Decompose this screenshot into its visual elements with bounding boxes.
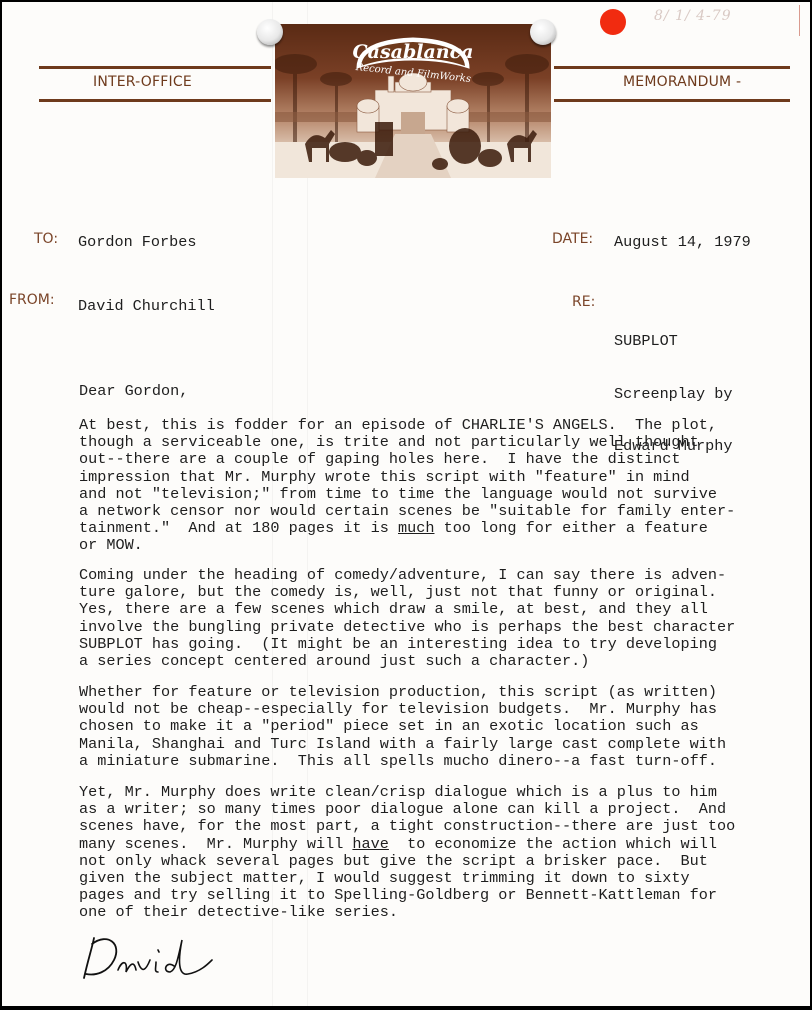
letterhead-rule-right-bottom (554, 99, 790, 102)
memorandum-label: MEMORANDUM - (623, 74, 741, 90)
text-line: Coming under the heading of comedy/adven… (79, 567, 804, 584)
text-line: a miniature submarine. This all spells m… (79, 753, 804, 770)
text-line: or MOW. (79, 537, 804, 554)
text-line: Yet, Mr. Murphy does write clean/crisp d… (79, 784, 804, 801)
memo-page: INTER-OFFICE MEMORANDUM - (2, 2, 810, 1006)
paragraph-2: Coming under the heading of comedy/adven… (79, 567, 804, 670)
text-line: though a serviceable one, is trite and n… (79, 434, 804, 451)
to-label: TO: (34, 231, 58, 247)
text-line: and not "television;" from time to time … (79, 486, 804, 503)
letterhead-rule-right-top (554, 66, 790, 69)
red-sticker-dot-icon (600, 9, 626, 35)
text-line: impression that Mr. Murphy wrote this sc… (79, 469, 804, 486)
text-line: Yes, there are a few scenes which draw a… (79, 601, 804, 618)
text-line: chosen to make it a "period" piece set i… (79, 718, 804, 735)
edge-mark (799, 5, 800, 36)
svg-text:Casablanca: Casablanca (353, 41, 474, 63)
text-line: as a writer; so many times poor dialogue… (79, 801, 804, 818)
underlined-word: have (352, 835, 388, 853)
text-line: pages and try selling it to Spelling-Gol… (79, 887, 804, 904)
text-line: Whether for feature or television produc… (79, 684, 804, 701)
text-line: At best, this is fodder for an episode o… (79, 417, 804, 434)
pushpin-right-icon (530, 19, 556, 45)
text-line: a series concept centered around just su… (79, 653, 804, 670)
paragraph-3: Whether for feature or television produc… (79, 684, 804, 770)
from-value: David Churchill (78, 298, 215, 316)
signature-david-icon (78, 930, 218, 985)
letterhead-rule-left-top (39, 66, 271, 69)
inter-office-label: INTER-OFFICE (93, 74, 192, 90)
text-line: a network censor nor would certain scene… (79, 503, 804, 520)
text-line: given the subject matter, I would sugges… (79, 870, 804, 887)
text-line: not only whack several pages but give th… (79, 853, 804, 870)
letterhead-rule-left-bottom (39, 99, 271, 102)
from-label: FROM: (9, 292, 55, 308)
text-line: Manila, Shanghai and Turc Island with a … (79, 736, 804, 753)
date-label: DATE: (552, 231, 593, 247)
casablanca-illustration-icon: Casablanca Record and FilmWorks (275, 24, 551, 178)
re-line: SUBPLOT (614, 333, 732, 351)
text-line: SUBPLOT has going. (It might be an inter… (79, 636, 804, 653)
to-value: Gordon Forbes (78, 234, 196, 252)
text-line: out--there are a couple of gaping holes … (79, 451, 804, 468)
paragraph-1: At best, this is fodder for an episode o… (79, 417, 804, 555)
text-line: tainment." And at 180 pages it is much t… (79, 520, 804, 537)
underlined-word: much (398, 519, 434, 537)
text-line: ture galore, but the comedy is, well, ju… (79, 584, 804, 601)
re-label: RE: (572, 294, 595, 310)
salutation: Dear Gordon, (79, 383, 804, 400)
text-line: scenes have, for the most part, a tight … (79, 818, 804, 835)
text-line: involve the bungling private detective w… (79, 619, 804, 636)
text-line: would not be cheap--especially for telev… (79, 701, 804, 718)
date-value: August 14, 1979 (614, 234, 751, 252)
text-line: many scenes. Mr. Murphy will have to eco… (79, 836, 804, 853)
text-line: one of their detective-like series. (79, 904, 804, 921)
pushpin-left-icon (257, 19, 283, 45)
pencil-annotation: 8/ 1/ 4-79 (654, 8, 732, 24)
paragraph-4: Yet, Mr. Murphy does write clean/crisp d… (79, 784, 804, 922)
casablanca-logo: Casablanca Record and FilmWorks (275, 24, 551, 178)
